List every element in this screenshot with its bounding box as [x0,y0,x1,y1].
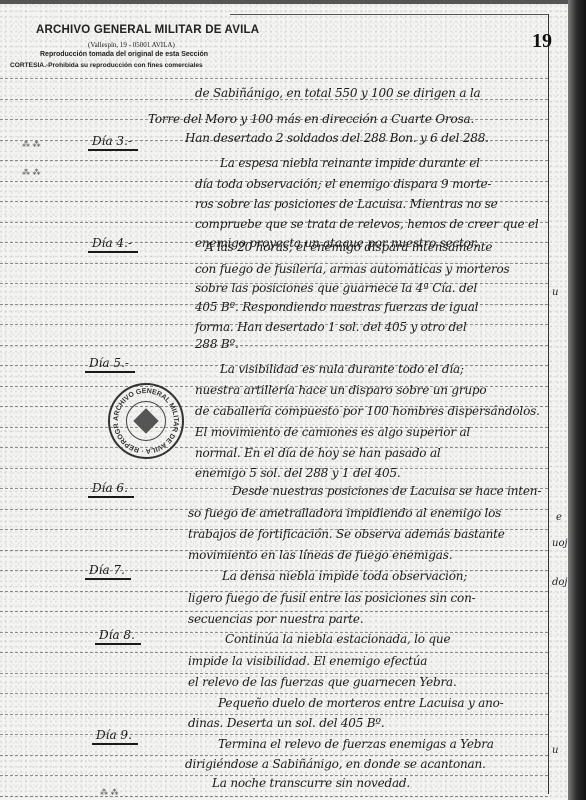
text-line: Han desertado 2 soldados del 288 Bon. y … [185,131,489,145]
day-heading: Día 9. [92,728,138,745]
coat-of-arms-icon [133,408,158,433]
text-line: Torre del Moro y 100 más en dirección a … [148,112,474,126]
text-line: La visibilidad es nula durante todo el d… [220,362,464,376]
reproduction-note: Reproducción tomada del original de esta… [40,51,208,58]
margin-note: doj [552,577,568,588]
text-line: trabajos de fortificación. Se observa ad… [188,527,505,541]
ruled-line [0,734,548,735]
ruled-line [0,345,548,346]
day-heading: Día 3.- [88,134,138,151]
ruled-line [0,714,548,715]
text-line: so fuego de ametralladora impidiendo al … [188,506,501,520]
page-frame-right [548,14,549,794]
text-line: normal. En el día de hoy se han pasado a… [195,446,441,460]
seal-inner-ring [126,401,166,441]
text-line: nuestra artillería hace un disparo sobre… [195,383,486,397]
margin-note: u [552,287,558,298]
day-heading: Día 5.- [85,356,135,373]
ruled-line [0,673,548,674]
text-line: Termina el relevo de fuerzas enemigas a … [218,737,494,751]
margin-note: u [552,745,558,756]
ruled-line [0,796,548,797]
ruled-line [0,652,548,653]
text-line: forma. Han desertado 1 sol. del 405 y ot… [195,320,467,334]
text-line: La noche transcurre sin novedad. [212,776,410,790]
scan-dark-edge [568,0,586,800]
text-line: el relevo de las fuerzas que guarnecen Y… [188,675,457,689]
text-line: impide la visibilidad. El enemigo efectú… [188,654,427,668]
archive-seal-stamp: ARCHIVO GENERAL MILITAR DE AVILA · REPRO… [108,383,184,459]
text-line: A las 20 horas, el enemigo dispara inten… [205,240,492,254]
margin-mark: ⁂ ⁂ [100,788,119,797]
text-line: día toda observación; el enemigo dispara… [195,177,491,191]
scanned-document-page: ARCHIVO GENERAL MILITAR DE AVILA (Valles… [0,0,568,800]
text-line: 405 Bº. Respondiendo nuestras fuerzas de… [195,300,478,314]
text-line: enemigo 5 sol. del 288 y 1 del 405. [195,466,401,480]
text-line: movimiento en las líneas de fuego enemig… [188,548,452,562]
text-line: ros sobre las posiciones de Lacuisa. Mie… [195,197,498,211]
text-line: La densa niebla impide toda observación; [222,569,467,583]
text-line: Pequeño duelo de morteros entre Lacuisa … [218,696,504,710]
text-line: El movimiento de camiones es algo superi… [195,425,470,439]
text-line: La espesa niebla reinante impide durante… [220,156,480,170]
page-number: 19 [532,30,552,53]
day-heading: Día 4.- [88,236,138,253]
text-line: con fuego de fusilería, armas automática… [195,262,510,276]
text-line: 288 Bº. [195,337,239,351]
ruled-line [0,78,548,79]
archive-address: (Vallespín, 19 - 05001 AVILA) [88,41,175,49]
text-line: de Sabiñánigo, en total 550 y 100 se dir… [195,86,480,100]
text-line: Desde nuestras posiciones de Lacuisa se … [232,484,541,498]
margin-note: e [556,512,562,523]
page-frame-top [230,14,548,15]
text-line: ligero fuego de fusil entre las posicion… [188,591,475,605]
courtesy-note: CORTESIA.-Prohibida su reproducción con … [10,62,203,69]
text-line: sobre las posiciones que guarnece la 4ª … [195,281,477,295]
text-line: dirigiéndose a Sabiñánigo, en donde se a… [185,757,486,771]
text-line: dinas. Deserta un sol. del 405 Bº. [188,716,384,730]
text-line: compruebe que se trata de relevos, hemos… [195,217,539,231]
day-heading: Día 8. [95,628,141,645]
scan-top-edge [0,0,568,4]
text-line: Continúa la niebla estacionada, lo que [225,632,450,646]
margin-mark: ⁂ ⁂ [22,140,41,149]
text-line: de caballería compuesto por 100 hombres … [195,404,540,418]
ruled-line [0,693,548,694]
margin-mark: ⁂ ⁂ [22,168,41,177]
margin-note: uoj [552,538,568,549]
text-line: secuencias por nuestra parte. [188,612,363,626]
ruled-line [0,755,548,756]
day-heading: Día 6. [88,481,134,498]
archive-title: ARCHIVO GENERAL MILITAR DE AVILA [36,24,259,36]
day-heading: Día 7. [85,563,131,580]
